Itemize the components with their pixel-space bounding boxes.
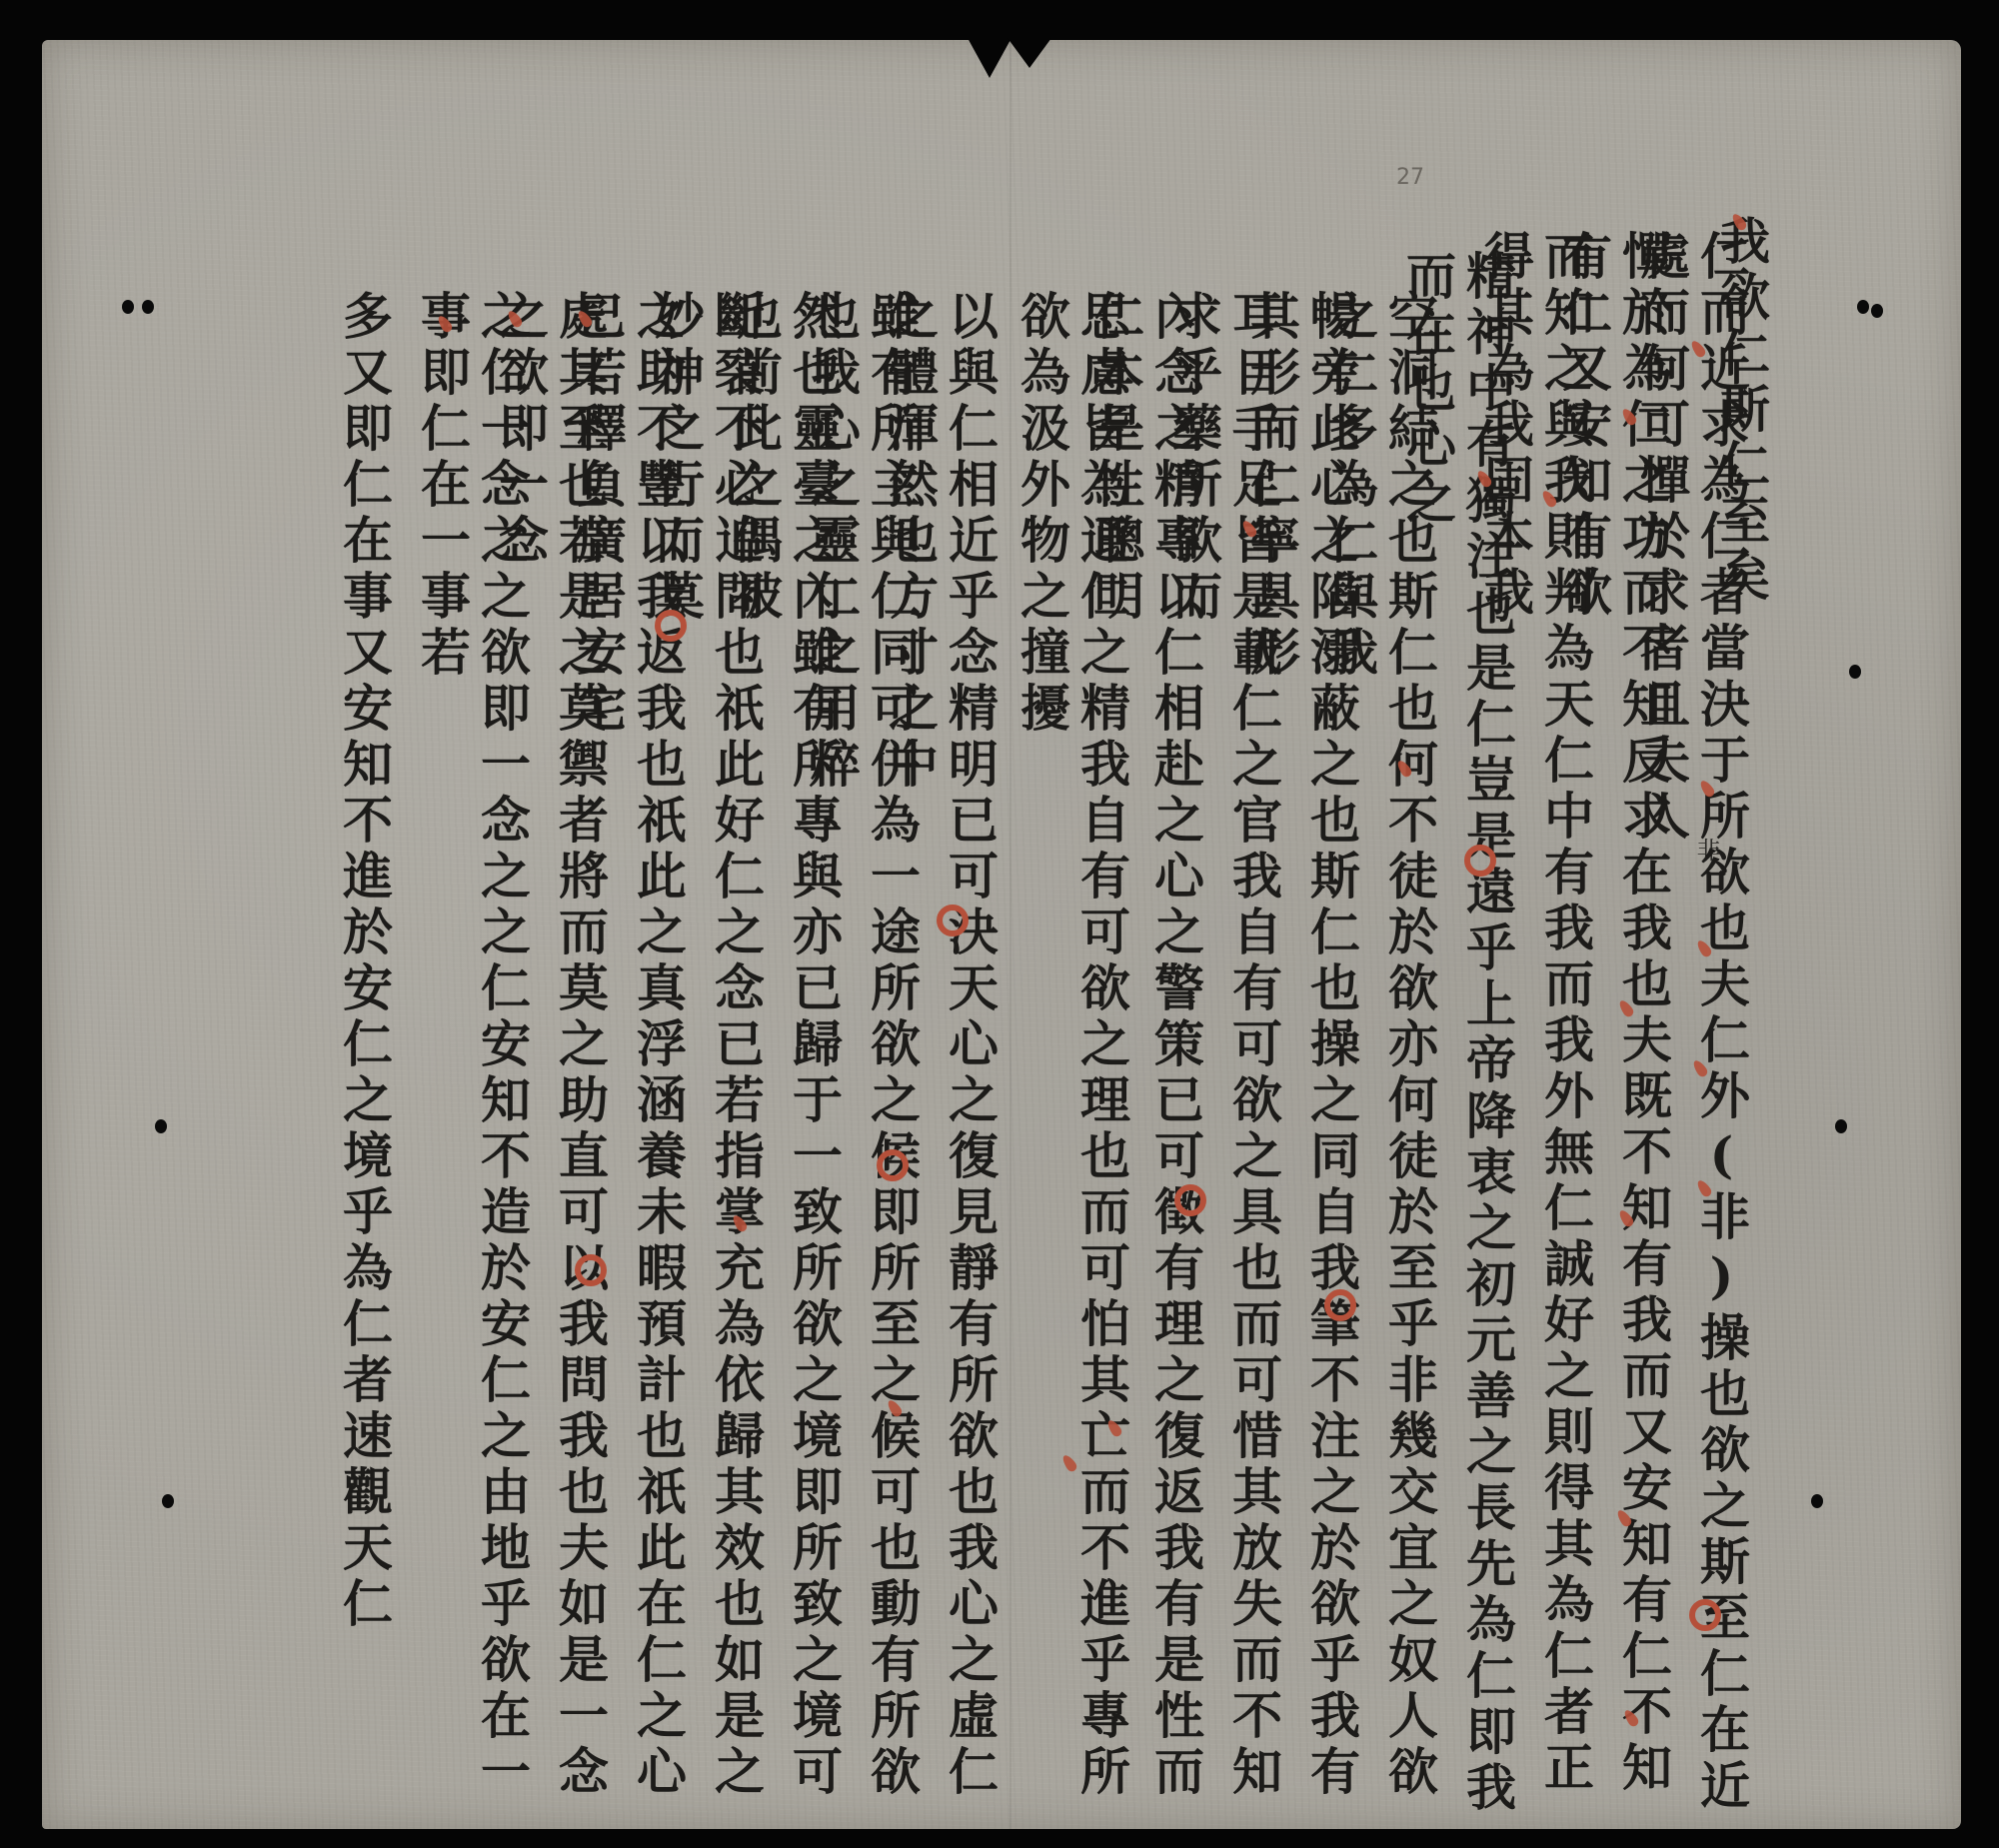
red-circle-mark [1689, 1599, 1721, 1631]
binding-hole [1811, 1494, 1823, 1508]
binding-hole [1857, 300, 1869, 314]
red-circle-mark [1174, 1184, 1206, 1216]
red-circle-mark [1324, 1289, 1356, 1321]
binding-hole [122, 300, 134, 314]
red-circle-mark [575, 1254, 607, 1286]
binding-hole [155, 1119, 167, 1133]
binding-hole [162, 1494, 174, 1508]
binding-hole [1835, 1119, 1847, 1133]
page-number: 27 [1396, 165, 1424, 190]
red-circle-mark [1464, 845, 1496, 877]
red-circle-mark [655, 610, 687, 642]
red-circle-mark [877, 1149, 909, 1181]
binding-hole [1849, 665, 1861, 679]
text-column: 多又即仁在事又安知不進於安仁之境乎為仁者速觀天仁 [334, 290, 394, 1689]
red-circle-mark [937, 905, 969, 936]
binding-hole [1871, 304, 1883, 318]
top-tear-notch [968, 38, 1011, 78]
top-tear-notch [1007, 38, 1051, 68]
binding-hole [142, 300, 154, 314]
text-column: 之仁一念之之欲即一念之之仁安知不造於安仁之由地乎欲在一事即仁在一事若 [412, 290, 532, 1848]
text-column: 思慮皆為通仁之精我自有可欲之理也而可怕其亡而不進乎專所欲為汲外物之撞擾 [1011, 290, 1131, 1848]
